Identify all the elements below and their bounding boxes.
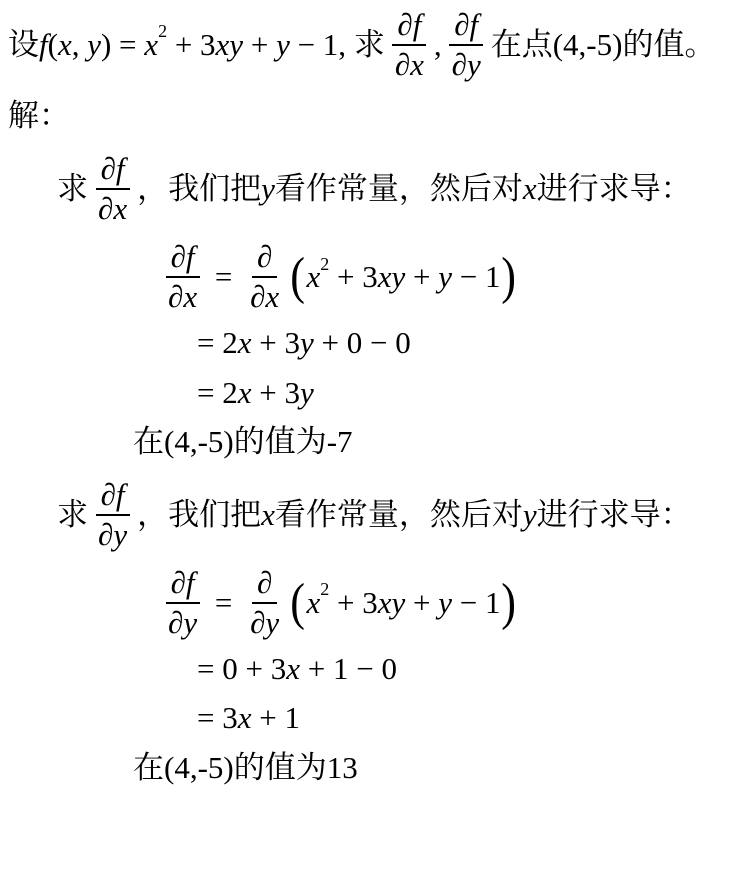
math-roman: = 2 [197,373,238,413]
fraction-denominator: ∂x [245,278,284,314]
chinese-text: ，我们把 [137,169,261,209]
fraction-numerator: ∂f [166,240,200,278]
chinese-text: 解： [8,96,70,136]
fraction-numerator: ∂f [449,8,483,46]
dfdy-equation: ∂f∂y = ∂∂y(x2 + 3xy + y − 1) [158,566,731,640]
math-roman: = [207,583,240,623]
chinese-text: ，我们把 [137,495,261,535]
fraction: ∂f∂y [93,478,132,552]
math-roman: + [405,583,438,623]
math-variable: xy [216,25,244,65]
right-paren: ) [502,580,517,627]
math-variable: y [87,25,101,65]
math-roman: = 0 + 3 [197,649,286,689]
superscript: 2 [320,578,329,601]
math-roman: 13 [327,748,358,788]
superscript: 2 [320,253,329,276]
math-roman: − 1 [452,583,500,623]
math-variable: x [306,583,320,623]
fraction-numerator: ∂f [96,478,130,516]
left-paren: ( [290,580,305,627]
math-variable: x [306,257,320,297]
solve-dfdy-intro: 求∂f∂y，我们把x看作常量，然后对y进行求导： [57,478,731,552]
chinese-text: 进行求导： [537,169,692,209]
chinese-text: 求 [57,169,88,209]
dfdy-step-2: = 3x + 1 [197,698,731,738]
fraction-denominator: ∂y [93,516,132,552]
dfdx-equation: ∂f∂x = ∂∂x(x2 + 3xy + y − 1) [158,240,731,314]
math-variable: x [58,25,72,65]
fraction: ∂∂y [245,566,284,640]
math-roman: = 2 [197,323,238,363]
math-variable: x [238,373,252,413]
fraction: ∂f∂x [390,8,429,82]
math-variable: y [523,495,537,535]
math-roman: , [72,25,88,65]
math-roman: + 1 − 0 [300,649,397,689]
math-variable: x [261,495,275,535]
chinese-text: 在点 [491,25,553,65]
math-variable: x [286,649,300,689]
fraction-numerator: ∂ [252,566,277,604]
math-variable: x [238,698,252,738]
math-roman: + 3 [167,25,215,65]
chinese-text: 在 [133,422,164,462]
math-variable: xy [378,257,406,297]
math-roman: + 3 [252,323,300,363]
math-roman: + [243,25,276,65]
dfdx-evaluation: 在(4,-5)的值为-7 [133,422,731,462]
dfdx-step-2: = 2x + 3y [197,373,731,413]
math-roman: (4,-5) [164,748,234,788]
math-variable: x [144,25,158,65]
left-paren: ( [290,254,305,301]
fraction-denominator: ∂y [447,46,486,82]
chinese-text: 设 [8,25,39,65]
dfdx-step-1: = 2x + 3y + 0 − 0 [197,323,731,363]
fraction-numerator: ∂f [96,152,130,190]
math-roman: -7 [327,422,353,462]
math-variable: x [523,169,537,209]
fraction-numerator: ∂f [392,8,426,46]
math-roman: = [207,257,240,297]
chinese-text: 的值为 [234,748,327,788]
fraction: ∂f∂x [93,152,132,226]
math-variable: y [438,583,452,623]
math-roman: ) = [101,25,144,65]
fraction-denominator: ∂x [163,278,202,314]
fraction: ∂f∂x [163,240,202,314]
problem-statement: 设f(x, y) = x2 + 3xy + y − 1, 求∂f∂x,∂f∂y在… [8,8,731,82]
chinese-text: 的值为 [234,422,327,462]
math-variable: y [300,373,314,413]
chinese-text: 看作常量，然后对 [275,495,523,535]
chinese-text: 求 [354,25,385,65]
math-variable: y [300,323,314,363]
math-roman: + 0 − 0 [314,323,411,363]
right-paren: ) [502,254,517,301]
chinese-text: 在 [133,748,164,788]
math-roman: + 1 [252,698,300,738]
fraction-denominator: ∂x [93,190,132,226]
fraction: ∂f∂y [163,566,202,640]
math-variable: y [438,257,452,297]
math-variable: y [276,25,290,65]
solve-dfdx-intro: 求∂f∂x，我们把y看作常量，然后对x进行求导： [57,152,731,226]
fraction-numerator: ∂f [166,566,200,604]
chinese-text: 看作常量，然后对 [275,169,523,209]
fraction-numerator: ∂ [252,240,277,278]
math-variable: f [39,25,48,65]
math-roman: (4,-5) [553,25,623,65]
chinese-text: 求 [57,495,88,535]
fraction-denominator: ∂y [245,604,284,640]
math-roman: (4,-5) [164,422,234,462]
fraction-denominator: ∂x [390,46,429,82]
solution-heading: 解： [8,96,731,136]
math-roman: , [434,25,442,65]
math-variable: xy [378,583,406,623]
math-variable: y [261,169,275,209]
fraction-denominator: ∂y [163,604,202,640]
document-page: 设f(x, y) = x2 + 3xy + y − 1, 求∂f∂x,∂f∂y在… [0,8,731,879]
math-roman: + 3 [329,583,377,623]
math-roman: + 3 [252,373,300,413]
math-roman: = 3 [197,698,238,738]
fraction: ∂f∂y [447,8,486,82]
math-roman: − 1, [290,25,354,65]
fraction: ∂∂x [245,240,284,314]
math-roman: − 1 [452,257,500,297]
dfdy-evaluation: 在(4,-5)的值为13 [133,748,731,788]
math-variable: x [238,323,252,363]
superscript: 2 [158,20,167,43]
math-roman: + [405,257,438,297]
math-roman: + 3 [329,257,377,297]
chinese-text: 的值。 [622,25,715,65]
math-roman: ( [48,25,58,65]
chinese-text: 进行求导： [537,495,692,535]
dfdy-step-1: = 0 + 3x + 1 − 0 [197,649,731,689]
